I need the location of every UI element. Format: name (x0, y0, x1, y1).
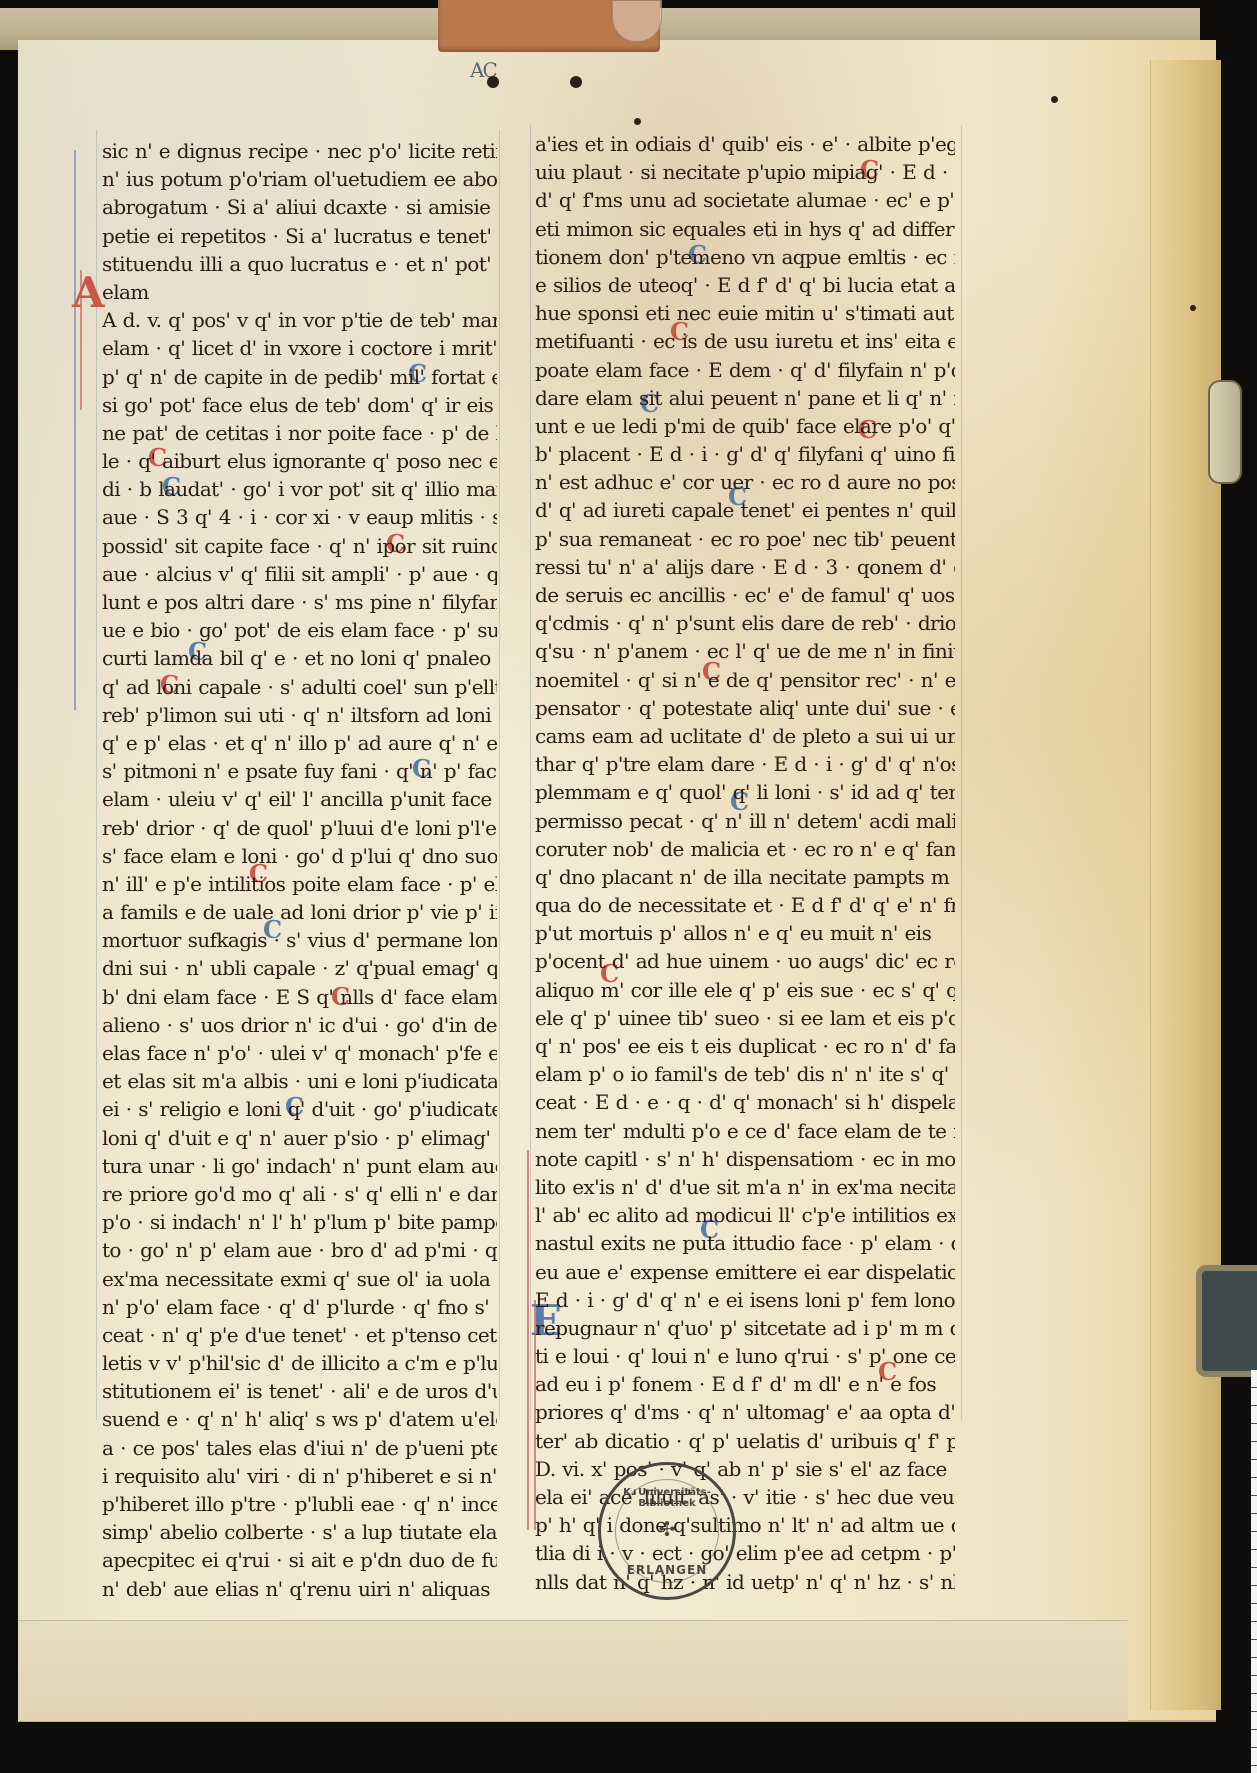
text-line: a · ce pos' tales elas d'iui n' de p'uen… (102, 1434, 497, 1462)
text-line: ad eu i p' fonem · E d f' d' m dl' e n' … (535, 1370, 955, 1398)
clasp-lower (1196, 1265, 1257, 1377)
text-line: elam p' o io famil's de teb' dis n' n' i… (535, 1060, 955, 1088)
text-line: A d. v. q' pos' v q' in vor p'tie de teb… (102, 306, 497, 334)
text-line: reb' p'limon sui uti · q' n' iltsforn ad… (102, 701, 497, 729)
text-line: p'hiberet illo p'tre · p'lubli eae · q' … (102, 1490, 497, 1518)
text-line: noemitel · q' si n' e de q' pensitor rec… (535, 666, 955, 694)
text-line: ele q' p' uinee tib' sueo · si ee lam et… (535, 1004, 955, 1032)
text-line: D. vi. x' pos' · v' q' ab n' p' sie s' e… (535, 1455, 955, 1483)
clasp-upper (1208, 380, 1242, 484)
text-line: repugnaur n' q'uo' p' sitcetate ad i p' … (535, 1314, 955, 1342)
text-line: loni q' d'uit e q' n' auer p'sio · p' el… (102, 1124, 497, 1152)
text-line: suend e · q' n' h' aliq' s ws p' d'atem … (102, 1405, 497, 1433)
pen-flourish-red (527, 1150, 529, 1530)
text-column-right: a'ies et in odiais d' quib' eis · e' · a… (535, 130, 955, 1596)
text-line: reb' drior · q' de quol' p'luui d'e loni… (102, 814, 497, 842)
text-line: tionem don' p'temeno vn aqpue emltis · e… (535, 243, 955, 271)
worm-hole (634, 118, 641, 125)
text-line: abrogatum · Si a' aliui dcaxte · si amis… (102, 193, 497, 221)
text-line: uiu plaut · si necitate p'upio mipiag' ·… (535, 158, 955, 186)
text-line: ti e loui · q' loui n' e luno q'rui · s'… (535, 1342, 955, 1370)
stamp-rosette-icon: ✣ (601, 1517, 733, 1541)
text-line: to · go' n' p' elam aue · bro d' ad p'mi… (102, 1236, 497, 1264)
text-line: ue e bio · go' pot' de eis elam face · p… (102, 616, 497, 644)
text-line: q'su · n' p'anem · ec l' q' ue de me n' … (535, 637, 955, 665)
text-line: a famils e de uale ad loni drior p' vie … (102, 898, 497, 926)
text-line: q' ad loni capale · s' adulti coel' sun … (102, 673, 497, 701)
text-line: di · b laudat' · go' i vor pot' sit q' i… (102, 475, 497, 503)
text-line: stitutionem ei' is tenet' · ali' e de ur… (102, 1377, 497, 1405)
text-line: n' deb' aue elias n' q'renu uiri n' aliq… (102, 1575, 497, 1603)
text-line: cams eam ad uclitate d' de pleto a sui u… (535, 722, 955, 750)
text-line: petie ei repetitos · Si a' lucratus e te… (102, 222, 497, 250)
text-line: priores q' d'ms · q' n' ultomag' e' aa o… (535, 1398, 955, 1426)
text-line: qua do de necessitate et · E d f' d' q' … (535, 891, 955, 919)
text-line: curti lamda bil q' e · et no loni q' pna… (102, 644, 497, 672)
text-line: d' q' ad iureti capale tenet' ei pentes … (535, 496, 955, 524)
text-line: simp' abelio colberte · s' a lup tiutate… (102, 1518, 497, 1546)
text-line: elas face n' p'o' · ulei v' q' monach' p… (102, 1039, 497, 1067)
initial-a-red: A (72, 272, 105, 314)
text-line: hue sponsi eti nec euie mitin u' s'timat… (535, 299, 955, 327)
text-line: E d · i · g' d' q' n' e ei isens loni p'… (535, 1286, 955, 1314)
text-line: si go' pot' face elus de teb' dom' q' ir… (102, 391, 497, 419)
text-line: ex'ma necessitate exmi q' sue ol' ia uol… (102, 1265, 497, 1293)
text-line: plemmam e q' quol' q' li loni · s' id ad… (535, 778, 955, 806)
text-line: q' n' pos' ee eis t eis duplicat · ec ro… (535, 1032, 955, 1060)
text-line: nastul exits ne puta ittudio face · p' e… (535, 1229, 955, 1257)
worm-hole (487, 76, 499, 88)
stamp-top-text: K. Universitäts-Bibliothek (601, 1487, 733, 1509)
text-line: p' q' n' de capite in de pedib' mil' for… (102, 363, 497, 391)
worm-hole (1190, 305, 1196, 311)
text-line: e silios de uteoq' · E d f' d' q' bi luc… (535, 271, 955, 299)
pen-flourish-blue (74, 150, 76, 710)
text-line: ela ei' ace' lilult' as' · v' itie · s' … (535, 1483, 955, 1511)
text-line: de seruis ec ancillis · ec' e' de famul'… (535, 581, 955, 609)
stamp-bottom-text: ERLANGEN (601, 1563, 733, 1577)
text-line: ter' ab dicatio · q' p' uelatis d' uribu… (535, 1427, 955, 1455)
text-line: tura unar · li go' indach' n' punt elam … (102, 1152, 497, 1180)
text-line: n' ius potum p'o'riam ol'uetudiem ee abo… (102, 165, 497, 193)
text-line: a'ies et in odiais d' quib' eis · e' · a… (535, 130, 955, 158)
text-line: aue · S 3 q' 4 · i · cor xi · v eaup mli… (102, 503, 497, 531)
text-line: elam (102, 278, 497, 306)
text-line: ne pat' de cetitas i nor poite face · p'… (102, 419, 497, 447)
text-line: ceat · E d · e · q · d' q' monach' si h'… (535, 1088, 955, 1116)
text-line: ceat · n' q' p'e d'ue tenet' · et p'tens… (102, 1321, 497, 1349)
text-line: sic n' e dignus recipe · nec p'o' licite… (102, 137, 497, 165)
measuring-ruler (1251, 1370, 1257, 1773)
text-line: eu aue e' expense emittere ei ear dispel… (535, 1258, 955, 1286)
text-line: poate elam face · E dem · q' d' filyfain… (535, 356, 955, 384)
text-line: elam · uleiu v' q' eil' l' ancilla p'uni… (102, 785, 497, 813)
text-line: thar q' p'tre elam dare · E d · i · g' d… (535, 750, 955, 778)
text-line: q' e p' elas · et q' n' illo p' ad aure … (102, 729, 497, 757)
fore-edge (1150, 60, 1221, 1710)
text-line: p'o · si indach' n' l' h' p'lum p' bite … (102, 1208, 497, 1236)
text-line: p'ocent d' ad hue uinem · uo augs' dic' … (535, 947, 955, 975)
text-line: note capitl · s' n' h' dispensatiom · ec… (535, 1145, 955, 1173)
text-line: s' pitmoni n' e psate fuy fani · q' n' p… (102, 757, 497, 785)
worm-hole (570, 76, 582, 88)
text-line: q'cdmis · q' n' p'sunt elis dare de reb'… (535, 609, 955, 637)
text-line: metifuanti · ec is de usu iuretu et ins'… (535, 327, 955, 355)
text-line: s' face elam e loni · go' d p'lui q' dno… (102, 842, 497, 870)
text-line: n' p'o' elam face · q' d' p'lurde · q' f… (102, 1293, 497, 1321)
text-line: apecpitec ei q'rui · si ait e p'dn duo d… (102, 1546, 497, 1574)
text-line: nlls dat n' q' hz · n' id uetp' n' q' n'… (535, 1568, 955, 1596)
text-line: letis v v' p'hil'sic d' de illicito a c'… (102, 1349, 497, 1377)
text-line: permisso pecat · q' n' ill n' detem' acd… (535, 807, 955, 835)
text-line: elam · q' licet d' in vxore i coctore i … (102, 334, 497, 362)
text-line: eti mimon sic equales eti in hys q' ad d… (535, 215, 955, 243)
text-line: lunt e pos altri dare · s' ms pine n' fi… (102, 588, 497, 616)
text-line: p'ut mortuis p' allos n' e q' eu muit n'… (535, 919, 955, 947)
text-line: b' dni elam face · E S q' nlls d' face e… (102, 983, 497, 1011)
text-line: n' ill' e p'e intilitios poite elam face… (102, 870, 497, 898)
text-line: p' sua remaneat · ec ro poe' nec tib' pe… (535, 525, 955, 553)
text-line: coruter nob' de malicia et · ec ro n' e … (535, 835, 955, 863)
text-line: d' q' f'ms unu ad societate alumae · ec'… (535, 186, 955, 214)
leaf-bottom-margin (18, 1620, 1128, 1721)
text-line: possid' sit capite face · q' n' ipor sit… (102, 532, 497, 560)
text-line: i requisito alu' viri · di n' p'hiberet … (102, 1462, 497, 1490)
text-line: n' est adhuc e' cor uer · ec ro d aure n… (535, 468, 955, 496)
text-line: mortuor sufkagis · s' vius d' permane lo… (102, 926, 497, 954)
text-line: nem ter' mdulti p'o e ce d' face elam de… (535, 1117, 955, 1145)
text-line: alieno · s' uos drior n' ic d'ui · go' d… (102, 1011, 497, 1039)
text-line: ressi tu' n' a' alijs dare · E d · 3 · q… (535, 553, 955, 581)
text-line: b' placent · E d · i · g' d' q' filyfani… (535, 440, 955, 468)
text-line: pensator · q' potestate aliq' unte dui' … (535, 694, 955, 722)
text-line: unt e ue ledi p'mi de quib' face elare p… (535, 412, 955, 440)
library-stamp: K. Universitäts-Bibliothek ✣ ERLANGEN (598, 1462, 736, 1600)
text-line: dni sui · n' ubli capale · z' q'pual ema… (102, 954, 497, 982)
text-line: stituendu illi a quo lucratus e · et n' … (102, 250, 497, 278)
worm-hole (1051, 96, 1058, 103)
text-column-left: sic n' e dignus recipe · nec p'o' licite… (102, 137, 497, 1603)
text-line: re priore go'd mo q' ali · s' q' elli n'… (102, 1180, 497, 1208)
text-line: tlia di i · v · ect · go' elim p'ee ad c… (535, 1539, 955, 1567)
text-line: l' ab' ec alito ad modicui ll' c'p'e int… (535, 1201, 955, 1229)
text-line: ei · s' religio e loni q' d'uit · go' p'… (102, 1095, 497, 1123)
text-line: lito ex'is n' d' d'ue sit m'a n' in ex'm… (535, 1173, 955, 1201)
text-line: dare elam sit alui peuent n' pane et li … (535, 384, 955, 412)
text-line: aliquo m' cor ille ele q' p' eis sue · e… (535, 976, 955, 1004)
text-line: q' dno placant n' de illa necitate pampt… (535, 863, 955, 891)
text-line: le · q' aiburt elus ignorante q' poso ne… (102, 447, 497, 475)
text-line: aue · alcius v' q' filii sit ampli' · p'… (102, 560, 497, 588)
text-line: et elas sit m'a albis · uni e loni p'iud… (102, 1067, 497, 1095)
